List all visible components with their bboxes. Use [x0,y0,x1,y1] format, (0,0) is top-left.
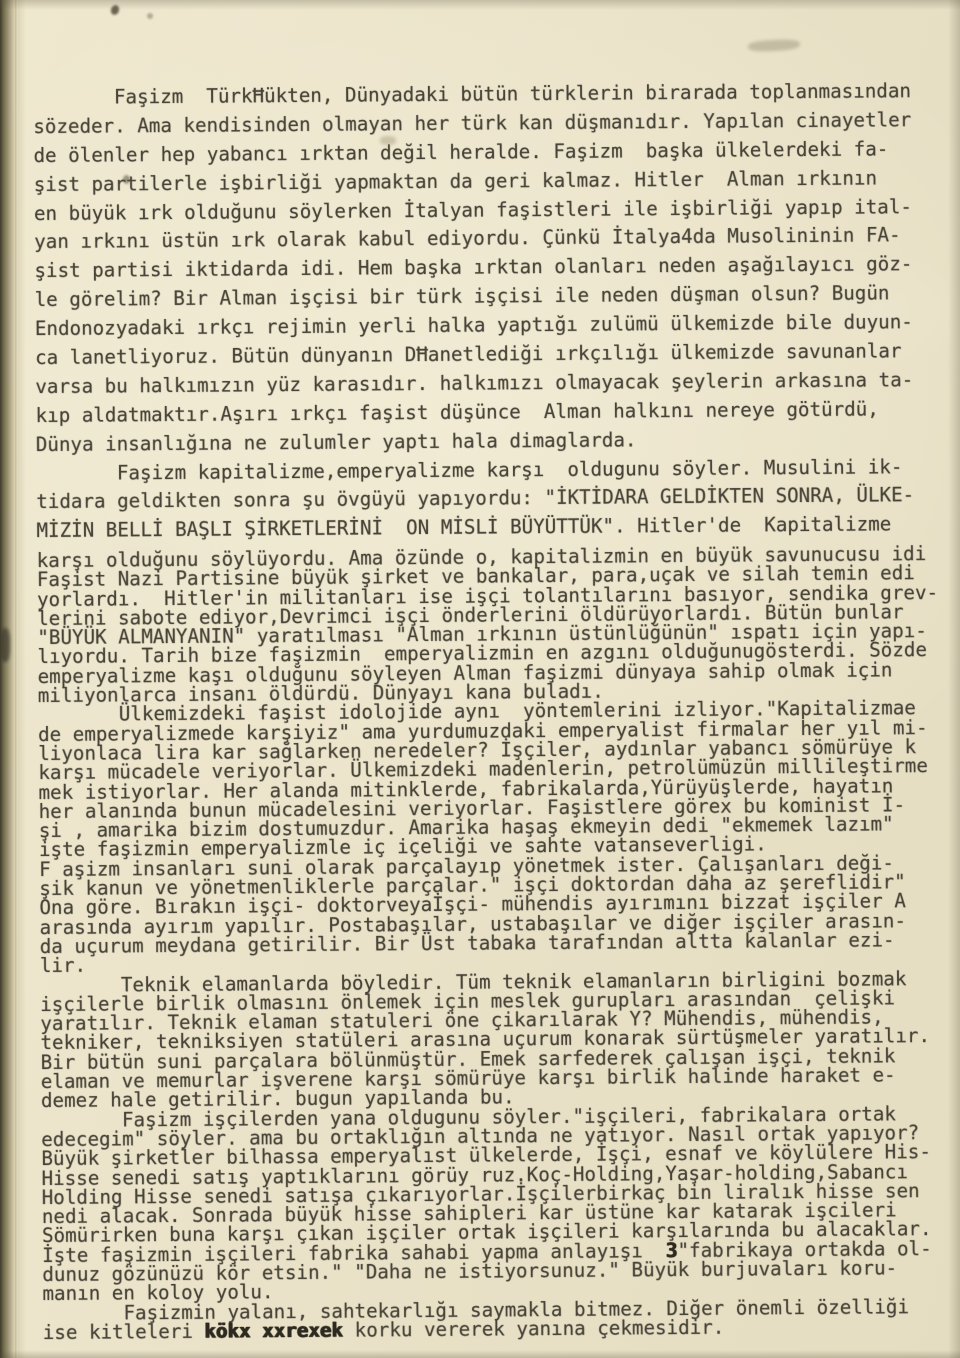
text-line: MİZİN BELLİ BAŞLI ŞİRKETLERİNİ ON MİSLİ … [36,511,914,547]
text-line: ise kitleleri kökx xxrexek korku vererek… [43,1316,944,1342]
document-lower-section: karşı olduğunu söylüyordu. Ama özünde o,… [37,544,944,1342]
paper-smudge [380,136,396,145]
overstruck-text: kökx xxrexek [204,1319,343,1343]
document-upper-section: Faşizm TürkĦükten, Dünyadaki bütün türkl… [33,77,915,546]
edge-smudge [0,628,10,662]
document-text: Faşizm TürkĦükten, Dünyadaki bütün türkl… [0,0,960,1358]
ink-speck [123,175,130,184]
scanned-document-page: Faşizm TürkĦükten, Dünyadaki bütün türkl… [0,0,960,1358]
ink-speck [147,13,153,19]
paper-crease [15,0,18,1358]
